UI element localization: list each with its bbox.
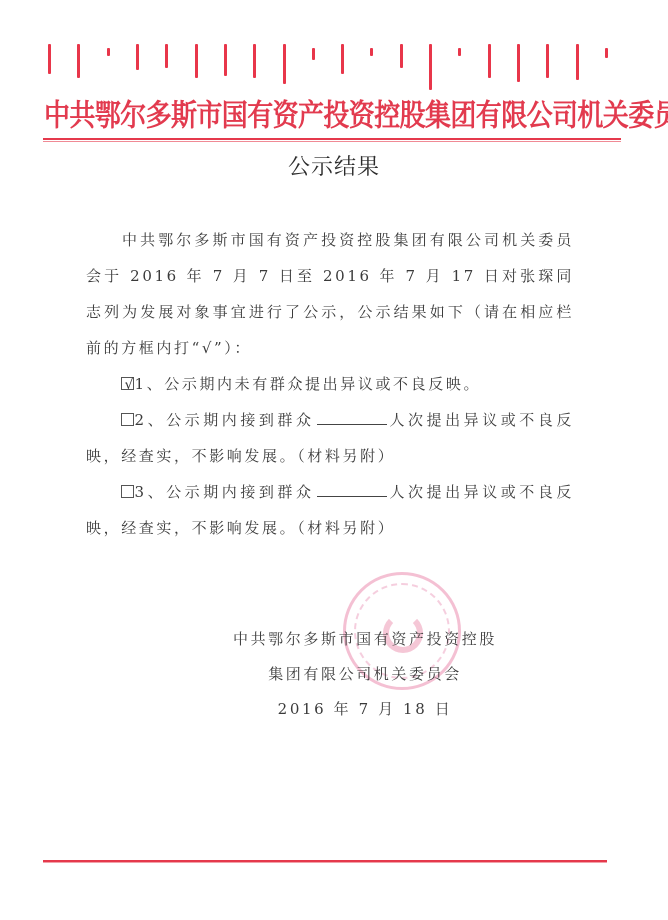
mongolian-glyph <box>77 44 80 78</box>
mongolian-glyph <box>224 44 227 76</box>
mongolian-glyph <box>576 44 579 80</box>
document-title: 公示结果 <box>0 150 668 181</box>
header-divider <box>43 138 621 143</box>
mongolian-glyph <box>283 44 286 84</box>
checkbox-option-1[interactable]: √ <box>121 377 134 390</box>
mongolian-glyph <box>312 44 315 60</box>
mongolian-glyph <box>546 44 549 78</box>
footer-divider <box>43 860 607 864</box>
option-2-text-before: 2、公示期内接到群众 <box>135 411 315 429</box>
checkbox-option-3[interactable] <box>121 485 134 498</box>
mongolian-glyph <box>488 44 491 78</box>
organization-header: 中共鄂尔多斯市国有资产投资控股集团有限公司机关委员会 <box>44 92 624 135</box>
mongolian-glyph <box>429 44 432 90</box>
mongolian-glyph <box>165 44 168 68</box>
checkmark-icon: √ <box>125 378 137 392</box>
option-2-count-blank[interactable] <box>317 411 387 425</box>
mongolian-glyph <box>195 44 198 78</box>
signature-date: 2016 年 7 月 18 日 <box>200 692 530 727</box>
signature-org-line-1: 中共鄂尔多斯市国有资产投资控股 <box>200 622 530 657</box>
option-item-2: 2、公示期内接到群众人次提出异议或不良反映，经查实，不影响发展。（材料另附） <box>86 402 574 474</box>
intro-paragraph: 中共鄂尔多斯市国有资产投资控股集团有限公司机关委员会于 2016 年 7 月 7… <box>86 222 574 366</box>
mongolian-glyph <box>107 44 110 56</box>
document-body: 中共鄂尔多斯市国有资产投资控股集团有限公司机关委员会于 2016 年 7 月 7… <box>86 222 574 546</box>
mongolian-header <box>48 44 608 90</box>
checkbox-option-2[interactable] <box>121 413 134 426</box>
mongolian-glyph <box>48 44 51 74</box>
mongolian-glyph <box>517 44 520 82</box>
mongolian-glyph <box>253 44 256 78</box>
mongolian-glyph <box>458 44 461 56</box>
option-3-count-blank[interactable] <box>317 483 387 497</box>
signature-block: 中共鄂尔多斯市国有资产投资控股 集团有限公司机关委员会 2016 年 7 月 1… <box>200 622 530 727</box>
mongolian-glyph <box>400 44 403 68</box>
mongolian-glyph <box>341 44 344 74</box>
option-item-3: 3、公示期内接到群众人次提出异议或不良反映，经查实，不影响发展。（材料另附） <box>86 474 574 546</box>
option-3-text-before: 3、公示期内接到群众 <box>135 483 315 501</box>
mongolian-glyph <box>136 44 139 70</box>
option-1-text: 1、公示期内未有群众提出异议或不良反映。 <box>135 375 482 393</box>
option-item-1: √1、公示期内未有群众提出异议或不良反映。 <box>86 366 574 402</box>
mongolian-glyph <box>605 44 608 58</box>
signature-org-line-2: 集团有限公司机关委员会 <box>200 657 530 692</box>
mongolian-glyph <box>370 44 373 56</box>
